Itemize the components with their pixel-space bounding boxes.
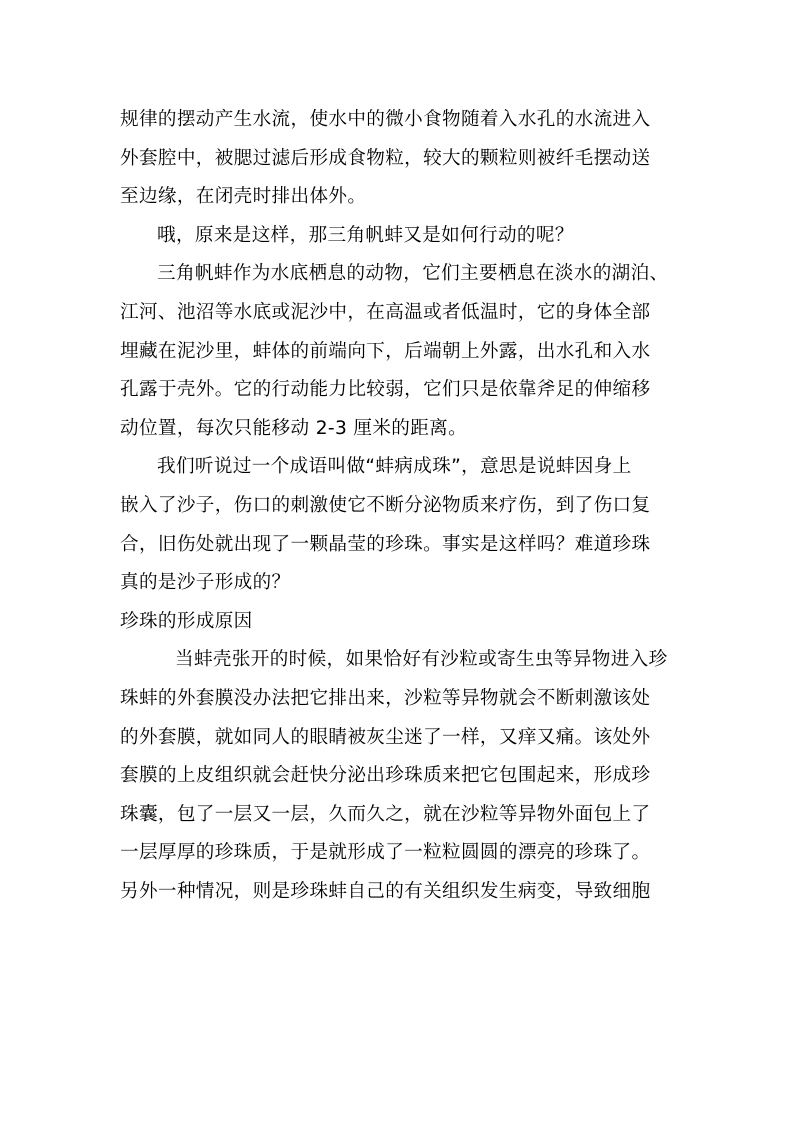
text-line: 的外套膜，就如同人的眼睛被灰尘迷了一样，又痒又痛。该处外 [120,719,674,758]
text-line: 一层厚厚的珍珠质，于是就形成了一粒粒圆圆的漂亮的珍珠了。 [120,834,674,873]
text-line: 合，旧伤处就出现了一颗晶莹的珍珠。事实是这样吗？难道珍珠 [120,526,674,565]
text-line: 套膜的上皮组织就会赶快分泌出珍珠质来把它包围起来，形成珍 [120,757,674,796]
text-line: 另外一种情况，则是珍珠蚌自己的有关组织发生病变，导致细胞 [120,873,674,912]
paragraph-start-line: 当蚌壳张开的时候，如果恰好有沙粒或寄生虫等异物进入珍 [120,641,674,680]
document-page: 规律的摆动产生水流，使水中的微小食物随着入水孔的水流进入 外套腔中，被腮过滤后形… [120,101,674,911]
text-line: 规律的摆动产生水流，使水中的微小食物随着入水孔的水流进入 [120,101,674,140]
text-line: 孔露于壳外。它的行动能力比较弱，它们只是依靠斧足的伸缩移 [120,371,674,410]
text-line: 埋藏在泥沙里，蚌体的前端向下，后端朝上外露，出水孔和入水 [120,333,674,372]
text-line: 真的是沙子形成的？ [120,564,674,603]
paragraph-start-line: 我们听说过一个成语叫做“蚌病成珠”，意思是说蚌因身上 [120,448,674,487]
text-line: 江河、池沼等水底或泥沙中，在高温或者低温时，它的身体全部 [120,294,674,333]
paragraph-start-line: 哦，原来是这样，那三角帆蚌又是如何行动的呢？ [120,217,674,256]
text-line: 嵌入了沙子，伤口的刺激使它不断分泌物质来疗伤，到了伤口复 [120,487,674,526]
paragraph-start-line: 三角帆蚌作为水底栖息的动物，它们主要栖息在淡水的湖泊、 [120,255,674,294]
text-line: 珠囊，包了一层又一层，久而久之，就在沙粒等异物外面包上了 [120,796,674,835]
section-heading: 珍珠的形成原因 [120,603,674,642]
text-line: 动位置，每次只能移动 2-3 厘米的距离。 [120,410,674,449]
text-line: 至边缘，在闭壳时排出体外。 [120,178,674,217]
text-line: 外套腔中，被腮过滤后形成食物粒，较大的颗粒则被纤毛摆动送 [120,140,674,179]
text-line: 珠蚌的外套膜没办法把它排出来，沙粒等异物就会不断刺激该处 [120,680,674,719]
